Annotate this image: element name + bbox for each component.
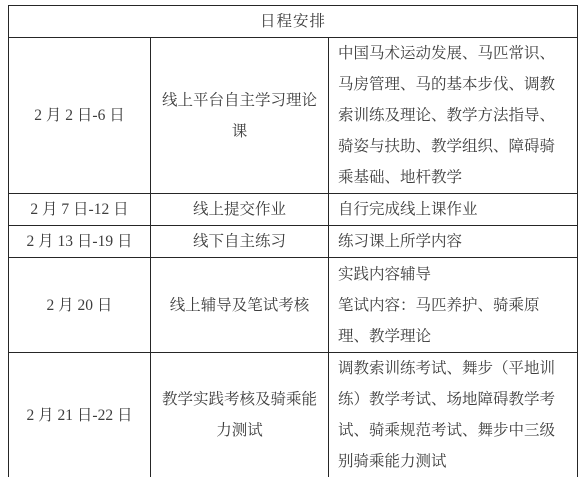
schedule-table: 日程安排 2 月 2 日-6 日 线上平台自主学习理论课 中国马术运动发展、马匹… <box>8 5 578 477</box>
table-title: 日程安排 <box>9 6 578 38</box>
details-cell: 练习课上所学内容 <box>329 226 578 258</box>
activity-cell: 线上提交作业 <box>151 194 329 226</box>
details-paragraph: 练习课上所学内容 <box>338 226 570 257</box>
date-cell: 2 月 2 日-6 日 <box>9 38 151 194</box>
details-paragraph: 调教索训练考试、舞步（平地训练）教学考试、场地障碍教学考试、骑乘规范考试、舞步中… <box>338 353 570 477</box>
activity-cell: 教学实践考核及骑乘能力测试 <box>151 353 329 477</box>
details-paragraph: 笔试内容：马匹养护、骑乘原理、教学理论 <box>338 290 570 352</box>
table-title-row: 日程安排 <box>9 6 578 38</box>
details-cell: 自行完成线上课作业 <box>329 194 578 226</box>
details-cell: 调教索训练考试、舞步（平地训练）教学考试、场地障碍教学考试、骑乘规范考试、舞步中… <box>329 353 578 477</box>
details-paragraph: 中国马术运动发展、马匹常识、马房管理、马的基本步伐、调教索训练及理论、教学方法指… <box>338 38 570 193</box>
activity-cell: 线上平台自主学习理论课 <box>151 38 329 194</box>
activity-cell: 线下自主练习 <box>151 226 329 258</box>
table-row: 2 月 21 日-22 日 教学实践考核及骑乘能力测试 调教索训练考试、舞步（平… <box>9 353 578 477</box>
date-cell: 2 月 21 日-22 日 <box>9 353 151 477</box>
date-cell: 2 月 13 日-19 日 <box>9 226 151 258</box>
table-row: 2 月 7 日-12 日 线上提交作业 自行完成线上课作业 <box>9 194 578 226</box>
date-cell: 2 月 7 日-12 日 <box>9 194 151 226</box>
activity-cell: 线上辅导及笔试考核 <box>151 258 329 353</box>
details-cell: 实践内容辅导 笔试内容：马匹养护、骑乘原理、教学理论 <box>329 258 578 353</box>
details-paragraph: 实践内容辅导 <box>338 259 570 290</box>
details-paragraph: 自行完成线上课作业 <box>338 194 570 225</box>
details-cell: 中国马术运动发展、马匹常识、马房管理、马的基本步伐、调教索训练及理论、教学方法指… <box>329 38 578 194</box>
table-row: 2 月 2 日-6 日 线上平台自主学习理论课 中国马术运动发展、马匹常识、马房… <box>9 38 578 194</box>
table-row: 2 月 13 日-19 日 线下自主练习 练习课上所学内容 <box>9 226 578 258</box>
date-cell: 2 月 20 日 <box>9 258 151 353</box>
table-row: 2 月 20 日 线上辅导及笔试考核 实践内容辅导 笔试内容：马匹养护、骑乘原理… <box>9 258 578 353</box>
